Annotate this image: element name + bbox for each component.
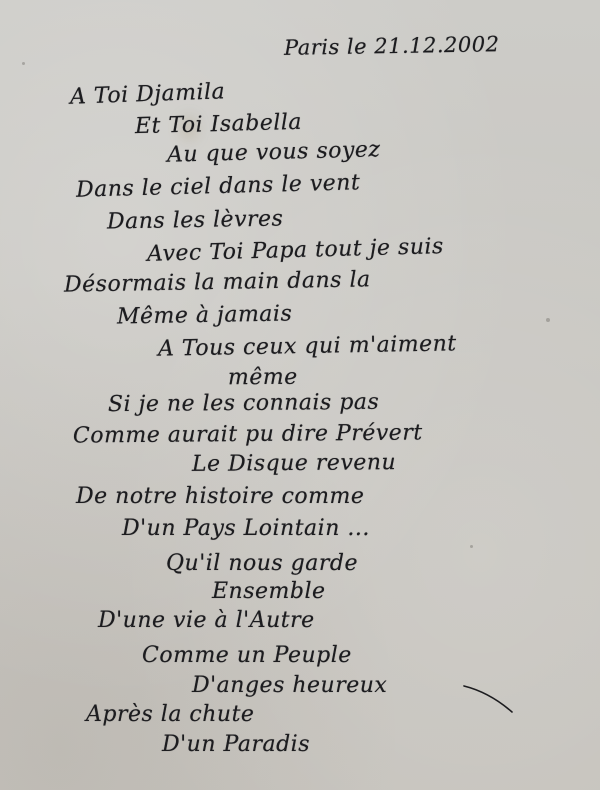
letter-line: D'un Pays Lointain ... bbox=[122, 518, 370, 540]
letter-line: Après la chute bbox=[86, 704, 254, 726]
letter-line: Au que vous soyez bbox=[167, 139, 381, 167]
letter-line: Comme un Peuple bbox=[142, 645, 352, 667]
pen-flourish-stroke bbox=[462, 682, 522, 722]
letter-line: Même à jamais bbox=[117, 303, 293, 328]
letter-line: Ensemble bbox=[212, 581, 326, 603]
letter-line: Qu'il nous garde bbox=[166, 553, 358, 575]
letter-line: Si je ne les connais pas bbox=[108, 392, 379, 416]
letter-line: D'une vie à l'Autre bbox=[98, 610, 315, 632]
letter-line: Avec Toi Papa tout je suis bbox=[147, 236, 444, 266]
letter-line: Comme aurait pu dire Prévert bbox=[73, 422, 423, 447]
paper-speck bbox=[546, 318, 550, 322]
letter-line: Dans les lèvres bbox=[107, 208, 284, 233]
letter-page: Paris le 21.12.2002 A Toi Djamila Et Toi… bbox=[0, 0, 600, 790]
paper-speck bbox=[22, 62, 25, 65]
letter-line: même bbox=[228, 367, 298, 390]
letter-line: D'anges heureux bbox=[192, 675, 387, 697]
letter-line: A Tous ceux qui m'aiment bbox=[158, 333, 457, 360]
letter-line: A Toi Djamila bbox=[70, 81, 226, 108]
letter-line: De notre histoire comme bbox=[76, 486, 364, 508]
letter-line: Dans le ciel dans le vent bbox=[76, 172, 361, 201]
date-line: Paris le 21.12.2002 bbox=[284, 34, 500, 59]
paper-speck bbox=[470, 545, 473, 548]
letter-line: Le Disque revenu bbox=[192, 452, 396, 476]
letter-line: Désormais la main dans la bbox=[64, 269, 371, 296]
letter-line: Et Toi Isabella bbox=[135, 112, 303, 138]
letter-line: D'un Paradis bbox=[162, 734, 310, 756]
